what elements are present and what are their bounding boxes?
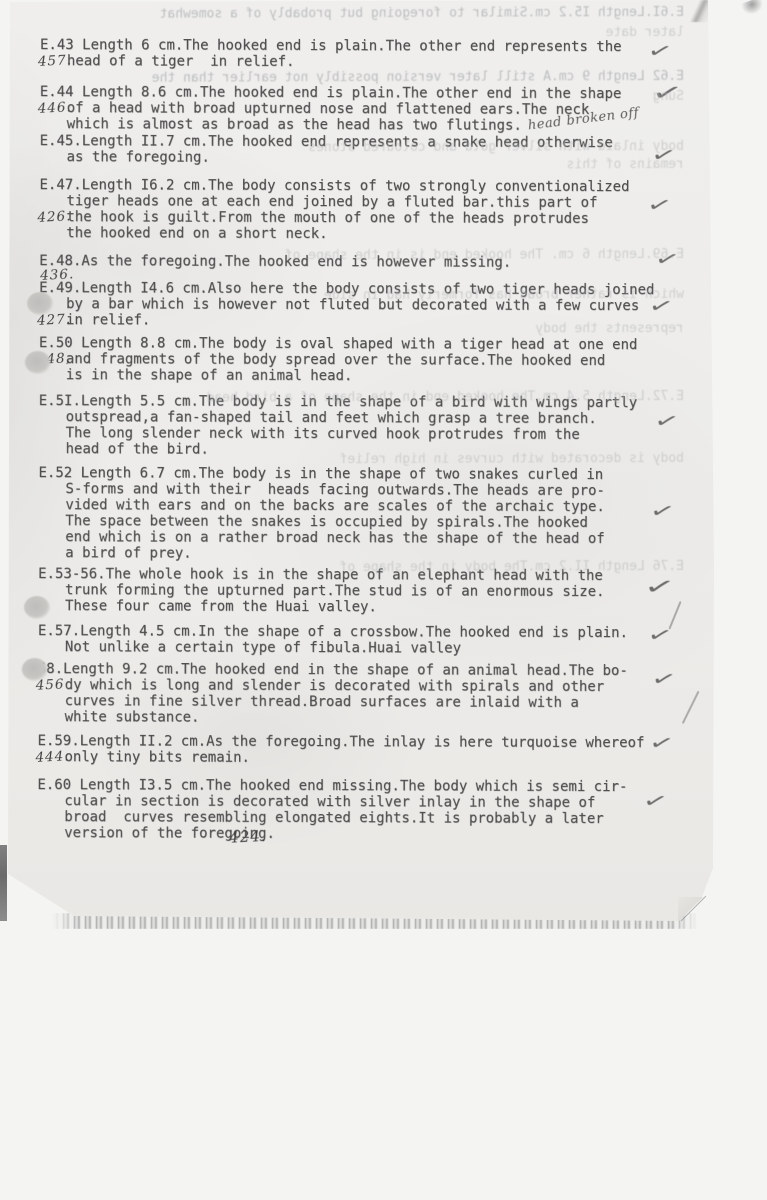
ghost-line: later date	[36, 25, 684, 42]
ghost-line: E.6I.Length I5.2 cm.Similar to foregoing…	[36, 5, 684, 22]
ghost-line: E.69.Length 6 cm. The hooked end is in t…	[36, 247, 684, 264]
bleed-through-layer: E.6I.Length I5.2 cm.Similar to foregoing…	[36, 0, 684, 900]
ghost-line: E.76 Length II.2 cm.The body in the shap…	[36, 559, 684, 576]
scanned-document: E.6I.Length I5.2 cm.Similar to foregoing…	[0, 0, 767, 1200]
paper-sheet: E.6I.Length I5.2 cm.Similar to foregoing…	[0, 0, 726, 924]
paper-crease	[676, 0, 728, 22]
ghost-line: Sung	[36, 89, 684, 106]
corner-smudge	[740, 0, 765, 17]
ghost-line: E.62 Length 9 cm.A still later version p…	[36, 69, 684, 86]
ghost-line: which is rather broad has formerly had i…	[36, 287, 684, 304]
ghost-line: remains of this	[36, 157, 684, 174]
scanner-edge-artifact	[0, 845, 7, 921]
ghost-line: E.72.Length 5.4 cm.The hooked end in the…	[36, 389, 684, 406]
ghost-line: represents the body	[36, 321, 684, 338]
ghost-line: body inlaid with silver gold and coloure…	[36, 139, 684, 156]
ghost-line: body is decorated with curves in high re…	[36, 451, 684, 468]
